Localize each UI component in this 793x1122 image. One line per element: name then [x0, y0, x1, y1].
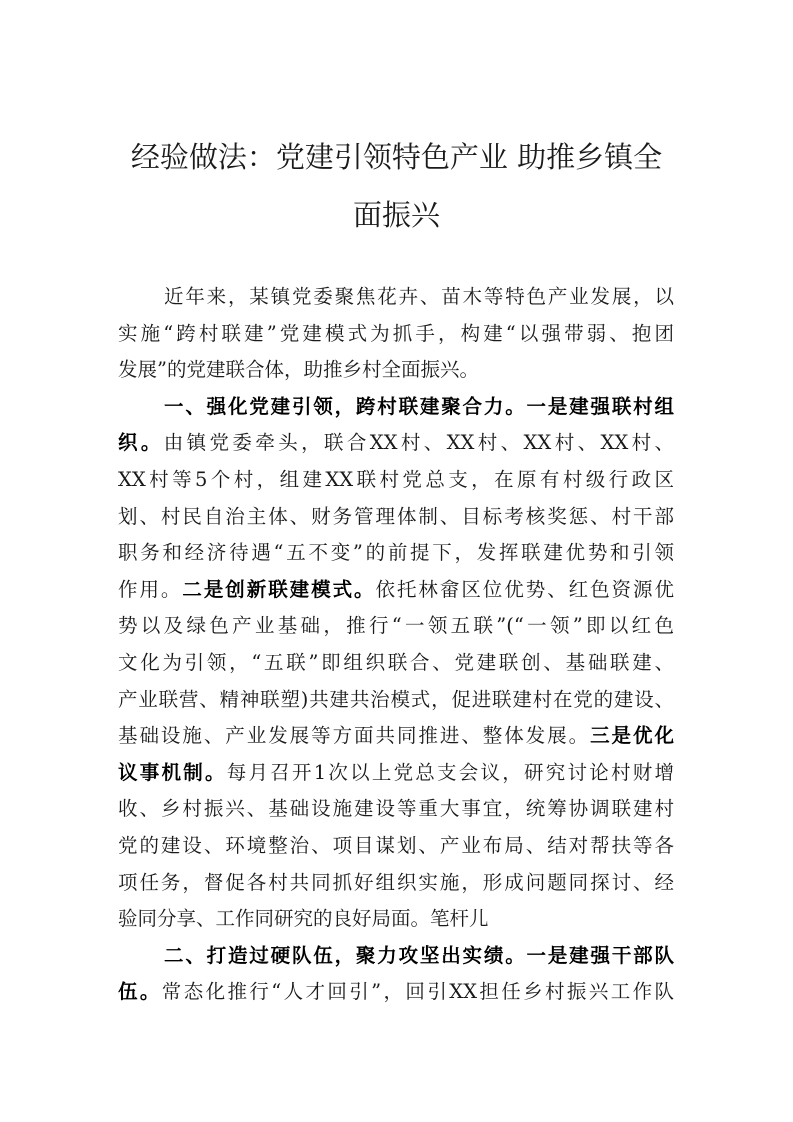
body-text: 职务和经济待遇“五不变”的前提下，发挥联建优势和引领: [118, 541, 674, 564]
document-title: 经验做法：党建引领特色产业 助推乡镇全 面振兴: [118, 128, 675, 244]
body-text: 划、村民自治主体、财务管理体制、目标考核奖惩、村干部: [118, 505, 674, 528]
text-line: XX村等5个村，组建XX联村党总支，在原有村级行政区: [118, 462, 674, 499]
body-text: 每月召开1次以上党总支会议，研究讨论村财增: [227, 761, 674, 784]
text-line: 近年来，某镇党委聚焦花卉、苗木等特色产业发展，以: [118, 279, 674, 316]
text-line: 收、乡村振兴、基础设施建设等重大事宜，统筹协调联建村: [118, 791, 674, 828]
paragraph: 一、强化党建引领，跨村联建聚合力。一是建强联村组织。由镇党委牵头，联合XX村、X…: [118, 389, 674, 938]
title-line-2: 面振兴: [118, 186, 675, 244]
text-line: 验同分享、工作同研究的良好局面。笔杆儿: [118, 901, 674, 938]
body-text: 作用。: [118, 578, 182, 601]
text-line: 发展”的党建联合体，助推乡村全面振兴。: [118, 352, 674, 389]
paragraph: 近年来，某镇党委聚焦花卉、苗木等特色产业发展，以实施“跨村联建”党建模式为抓手，…: [118, 279, 674, 389]
text-line: 一、强化党建引领，跨村联建聚合力。一是建强联村组: [118, 389, 674, 426]
document-page: 经验做法：党建引领特色产业 助推乡镇全 面振兴 近年来，某镇党委聚焦花卉、苗木等…: [0, 0, 793, 1122]
document-body: 近年来，某镇党委聚焦花卉、苗木等特色产业发展，以实施“跨村联建”党建模式为抓手，…: [118, 279, 674, 1011]
text-line: 实施“跨村联建”党建模式为抓手，构建“以强带弱、抱团: [118, 316, 674, 353]
bold-heading-text: 二是创新联建模式。: [182, 578, 375, 601]
body-text: 实施“跨村联建”党建模式为抓手，构建“以强带弱、抱团: [118, 322, 674, 345]
body-text: 基础设施、产业发展等方面共同推进、整体发展。: [118, 724, 590, 747]
bold-heading-text: 织。: [118, 431, 164, 454]
body-text: 常态化推行“人才回引”，回引XX担任乡村振兴工作队: [162, 980, 674, 1003]
text-line: 议事机制。每月召开1次以上党总支会议，研究讨论村财增: [118, 755, 674, 792]
text-line: 伍。常态化推行“人才回引”，回引XX担任乡村振兴工作队: [118, 974, 674, 1011]
body-text: XX村等5个村，组建XX联村党总支，在原有村级行政区: [118, 468, 674, 491]
text-line: 产业联营、精神联塑)共建共治模式，促进联建村在党的建设、: [118, 682, 674, 719]
body-text: 产业联营、精神联塑)共建共治模式，促进联建村在党的建设、: [118, 688, 674, 711]
body-text: 近年来，某镇党委聚焦花卉、苗木等特色产业发展，以: [164, 285, 674, 308]
bold-heading-text: 二、打造过硬队伍，聚力攻坚出实绩。一是建强干部队: [164, 944, 674, 967]
text-line: 职务和经济待遇“五不变”的前提下，发挥联建优势和引领: [118, 535, 674, 572]
body-text: 项任务，督促各村共同抓好组织实施，形成问题同探讨、经: [118, 871, 674, 894]
text-line: 文化为引领，“五联”即组织联合、党建联创、基础联建、: [118, 645, 674, 682]
body-text: 由镇党委牵头，联合XX村、XX村、XX村、XX村、: [164, 431, 674, 454]
bold-heading-text: 议事机制。: [118, 761, 227, 784]
bold-heading-text: 三是优化: [590, 724, 674, 747]
body-text: 收、乡村振兴、基础设施建设等重大事宜，统筹协调联建村: [118, 797, 674, 820]
body-text: 党的建设、环境整治、项目谋划、产业布局、结对帮扶等各: [118, 834, 674, 857]
text-line: 势以及绿色产业基础，推行“一领五联”(“一领”即以红色: [118, 608, 674, 645]
text-line: 织。由镇党委牵头，联合XX村、XX村、XX村、XX村、: [118, 425, 674, 462]
text-line: 项任务，督促各村共同抓好组织实施，形成问题同探讨、经: [118, 865, 674, 902]
body-text: 依托林畲区位优势、红色资源优: [376, 578, 674, 601]
bold-heading-text: 伍。: [118, 980, 162, 1003]
text-line: 作用。二是创新联建模式。依托林畲区位优势、红色资源优: [118, 572, 674, 609]
text-line: 二、打造过硬队伍，聚力攻坚出实绩。一是建强干部队: [118, 938, 674, 975]
paragraph: 二、打造过硬队伍，聚力攻坚出实绩。一是建强干部队伍。常态化推行“人才回引”，回引…: [118, 938, 674, 1011]
body-text: 文化为引领，“五联”即组织联合、党建联创、基础联建、: [118, 651, 674, 674]
text-line: 党的建设、环境整治、项目谋划、产业布局、结对帮扶等各: [118, 828, 674, 865]
body-text: 发展”的党建联合体，助推乡村全面振兴。: [118, 358, 479, 381]
body-text: 验同分享、工作同研究的良好局面。笔杆儿: [118, 907, 489, 930]
body-text: 势以及绿色产业基础，推行“一领五联”(“一领”即以红色: [118, 614, 674, 637]
bold-heading-text: 一、强化党建引领，跨村联建聚合力。一是建强联村组: [164, 395, 674, 418]
text-line: 划、村民自治主体、财务管理体制、目标考核奖惩、村干部: [118, 499, 674, 536]
title-line-1: 经验做法：党建引领特色产业 助推乡镇全: [118, 128, 675, 186]
text-line: 基础设施、产业发展等方面共同推进、整体发展。三是优化: [118, 718, 674, 755]
